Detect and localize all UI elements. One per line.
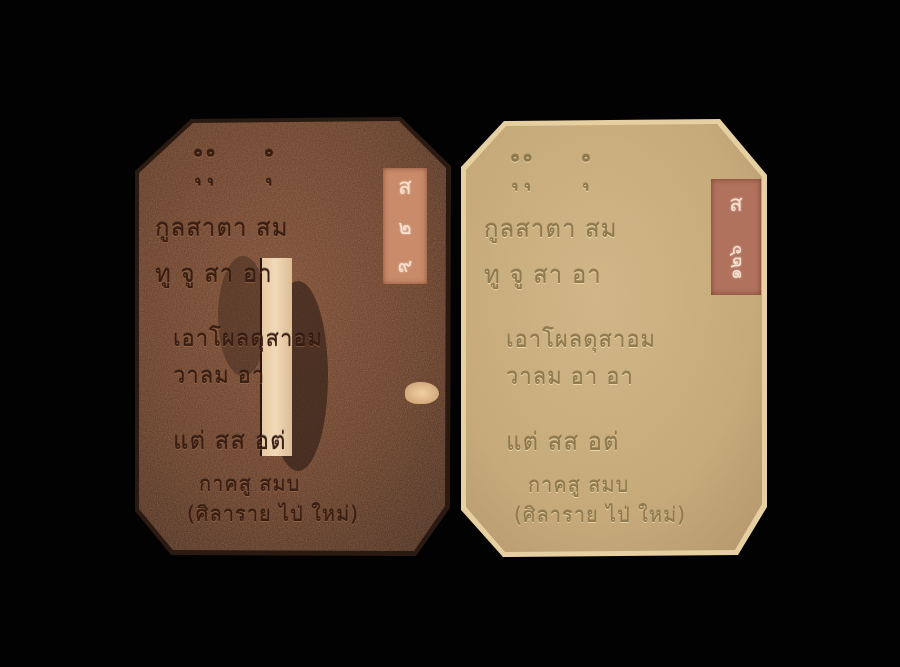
- inscription-line: กูลสาตา สม: [484, 209, 618, 248]
- copper-serial-tag: ส ๑๒๖: [711, 179, 761, 295]
- inscription-line: (ศิลาราย ไป่ ใหม่): [187, 498, 359, 530]
- cream-clay-chip: [405, 382, 439, 404]
- inscription-line: เอาโผลดุสาอม: [506, 322, 656, 357]
- inscription-line: กูลสาตา สม: [155, 208, 289, 247]
- tag-glyph: ๙: [398, 255, 413, 275]
- tag-glyph: ส: [729, 194, 742, 216]
- copper-serial-tag: ส ๒ ๙: [383, 168, 427, 284]
- photo-background: ส ๒ ๙ ุํ ุํ ุํ กูลสาตา สม ทู จู สา อา เอ…: [0, 0, 900, 667]
- cream-clay-amulet: ส ๑๒๖ ุํ ุํ ุํ กูลสาตา สม ทู จู สา อา เอ…: [458, 117, 770, 559]
- top-symbols: ุํ ุํ ุํ: [520, 143, 638, 197]
- inscription-line: เอาโผลดุสาอม: [173, 321, 323, 356]
- tag-glyph: ส: [398, 177, 411, 199]
- inscription-line: แต่ สส อต่: [173, 421, 287, 460]
- inscription-line: วาลม อา: [173, 358, 265, 393]
- inscription-line: ทู จู สา อา: [155, 254, 273, 293]
- inscription-line: กาคสู สมบ: [528, 469, 629, 501]
- inscription-line: แต่ สส อต่: [506, 422, 620, 461]
- tag-glyph: ๒: [398, 217, 411, 237]
- tag-glyph: ๑๒๖: [727, 245, 745, 280]
- inscription-line: (ศิลาราย ไป่ ใหม่): [514, 499, 686, 531]
- symbol: ุํ: [203, 146, 204, 186]
- top-symbols: ุํ ุํ ุํ: [203, 138, 321, 192]
- inscription-line: กาคสู สมบ: [199, 468, 300, 500]
- symbol: ุํ: [520, 151, 521, 191]
- inscription-line: วาลม อา อา: [506, 359, 634, 394]
- dark-clay-amulet: ส ๒ ๙ ุํ ุํ ุํ กูลสาตา สม ทู จู สา อา เอ…: [133, 116, 453, 558]
- inscription-line: ทู จู สา อา: [484, 255, 602, 294]
